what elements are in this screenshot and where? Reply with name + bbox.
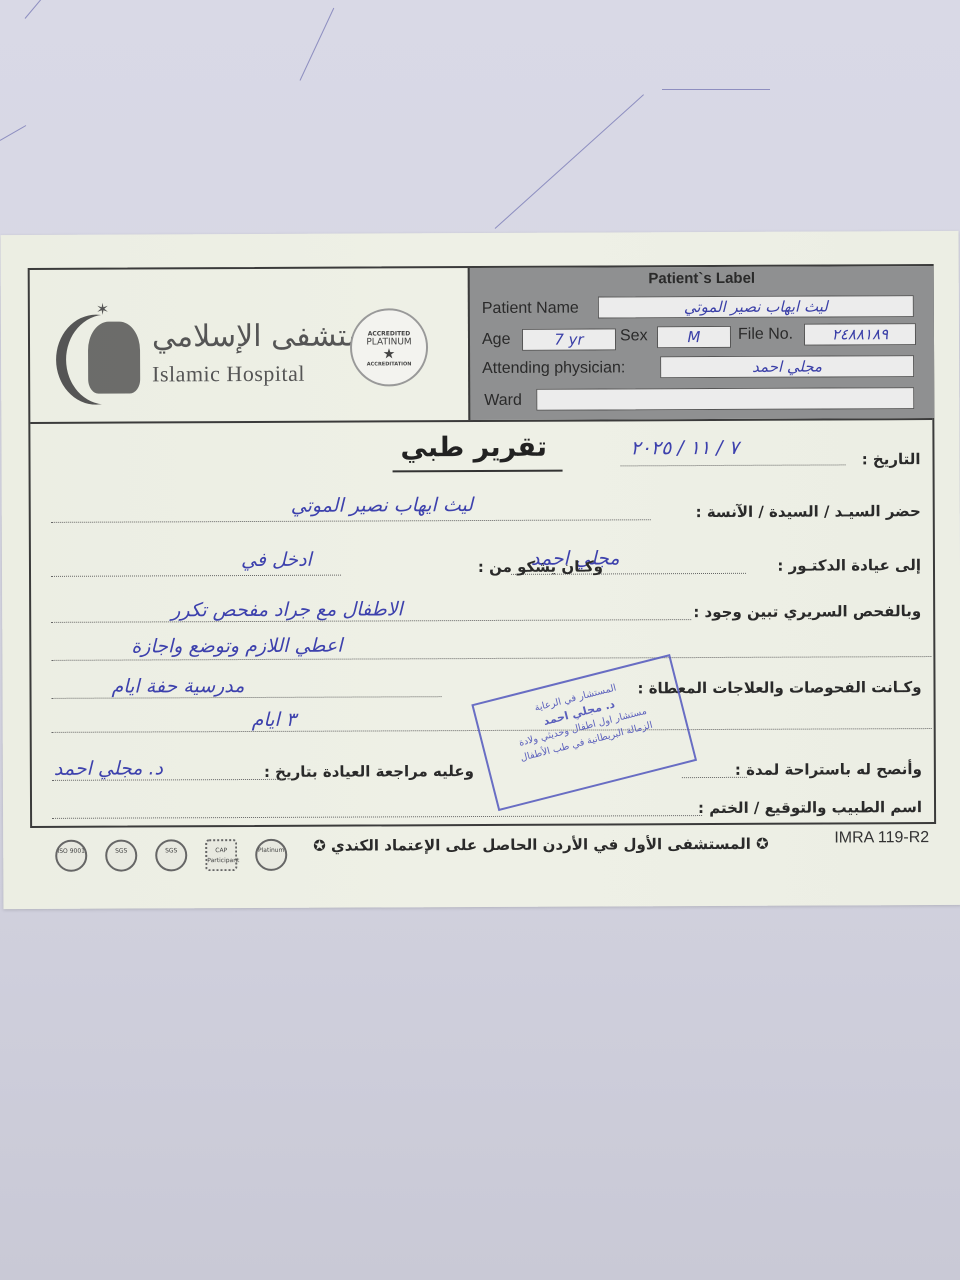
signature-label: اسم الطبيب والتوقيع / الختم : — [698, 798, 922, 817]
calligraphy-logo-icon — [88, 321, 140, 393]
clinical-exam-label: وبالفحص السريري تبين وجود : — [693, 602, 921, 621]
certification-logos: ISO 9001 SGS SGS CAP Participant Platinu… — [55, 839, 287, 872]
form-code: IMRA 119-R2 — [834, 829, 929, 847]
sgs-icon: SGS — [105, 840, 137, 872]
complaint-label: وكـان يشكو من : — [478, 557, 603, 576]
star-icon: ✪ — [313, 837, 331, 855]
cap-participant-icon: CAP Participant — [205, 839, 237, 871]
ward-field[interactable] — [536, 387, 914, 411]
background-pen-mark — [495, 94, 644, 229]
background-pen-mark — [25, 0, 44, 19]
background-pen-mark — [0, 125, 26, 141]
medical-report-paper: ✶ المستشفى الإسلامي Islamic Hospital ACC… — [1, 231, 960, 909]
patient-name-field[interactable]: ليث ايهاب نصير الموتي — [598, 295, 914, 318]
star-icon: ★ — [352, 347, 426, 361]
clinical-exam-value-1[interactable]: الاطفال مع جراد مفحص تكرر — [171, 598, 403, 621]
sgs-icon: SGS — [155, 839, 187, 871]
footer-tagline: ✪ المستشفى الأول في الأردن الحاصل على ال… — [313, 835, 769, 855]
badge-line3: ACCREDITATION — [352, 361, 426, 367]
followup-value[interactable]: د. مجلي احمد — [54, 757, 163, 779]
title-underline — [393, 470, 563, 473]
doctor-stamp: المستشار في الرعاية د. مجلي احمد مستشار … — [471, 654, 697, 811]
iso-9001-icon: ISO 9001 — [55, 840, 87, 872]
tests-value-2[interactable]: ٣ ايام — [252, 709, 296, 731]
sex-label: Sex — [620, 327, 648, 345]
footer-tagline-text: المستشفى الأول في الأردن الحاصل على الإع… — [331, 835, 751, 855]
report-title: تقرير طبي — [400, 432, 547, 464]
ward-label: Ward — [484, 392, 522, 410]
attended-label: حضر السيـد / السيدة / الآنسة : — [696, 502, 921, 521]
file-no-label: File No. — [738, 326, 793, 344]
rest-duration-label: وأنصح له باستراحة لمدة : — [735, 760, 922, 779]
star-icon: ✪ — [751, 835, 769, 853]
attending-physician-label: Attending physician: — [482, 359, 625, 378]
accreditation-badge: ACCREDITED PLATINUM ★ ACCREDITATION — [350, 308, 428, 386]
complaint-value[interactable]: ادخل في — [241, 549, 312, 571]
background-pen-mark — [300, 8, 335, 81]
attending-physician-field[interactable]: مجلي احمد — [660, 355, 914, 378]
patient-label-title: Patient`s Label — [470, 269, 934, 288]
patient-name-label: Patient Name — [482, 300, 579, 318]
tests-line-1 — [52, 696, 442, 699]
clinical-exam-value-2[interactable]: اعطي اللازم وتوضع واجازة — [131, 635, 342, 658]
hospital-name-english: Islamic Hospital — [152, 361, 305, 388]
platinum-accreditation-icon: Platinum — [255, 839, 287, 871]
date-value[interactable]: ٧ / ١١ / ٢٠٢٥ — [630, 437, 739, 459]
age-label: Age — [482, 331, 511, 349]
followup-label: وعليه مراجعة العيادة بتاريخ : — [264, 762, 474, 781]
signature-line — [52, 815, 702, 819]
patient-label-box: Patient`s Label Patient Name ليث ايهاب ن… — [468, 266, 935, 420]
complaint-line — [51, 575, 341, 577]
age-field[interactable]: 7 yr — [522, 328, 616, 350]
date-line — [621, 464, 846, 466]
form-frame: ✶ المستشفى الإسلامي Islamic Hospital ACC… — [28, 264, 936, 828]
doctor-clinic-label: إلى عيادة الدكتـور : — [777, 556, 921, 575]
hospital-logo-area: ✶ المستشفى الإسلامي Islamic Hospital ACC… — [30, 268, 469, 422]
file-no-field[interactable]: ٢٤٨٨١٨٩ — [804, 323, 916, 345]
date-label: التاريخ : — [862, 450, 921, 468]
form-header: ✶ المستشفى الإسلامي Islamic Hospital ACC… — [30, 266, 933, 424]
attended-value[interactable]: ليث ايهاب نصير الموتي — [291, 494, 473, 517]
tests-value-1[interactable]: مدرسية حفة ايام — [111, 675, 244, 698]
background-pen-mark — [662, 89, 770, 90]
attended-line — [51, 519, 651, 523]
sex-field[interactable]: M — [657, 326, 731, 348]
